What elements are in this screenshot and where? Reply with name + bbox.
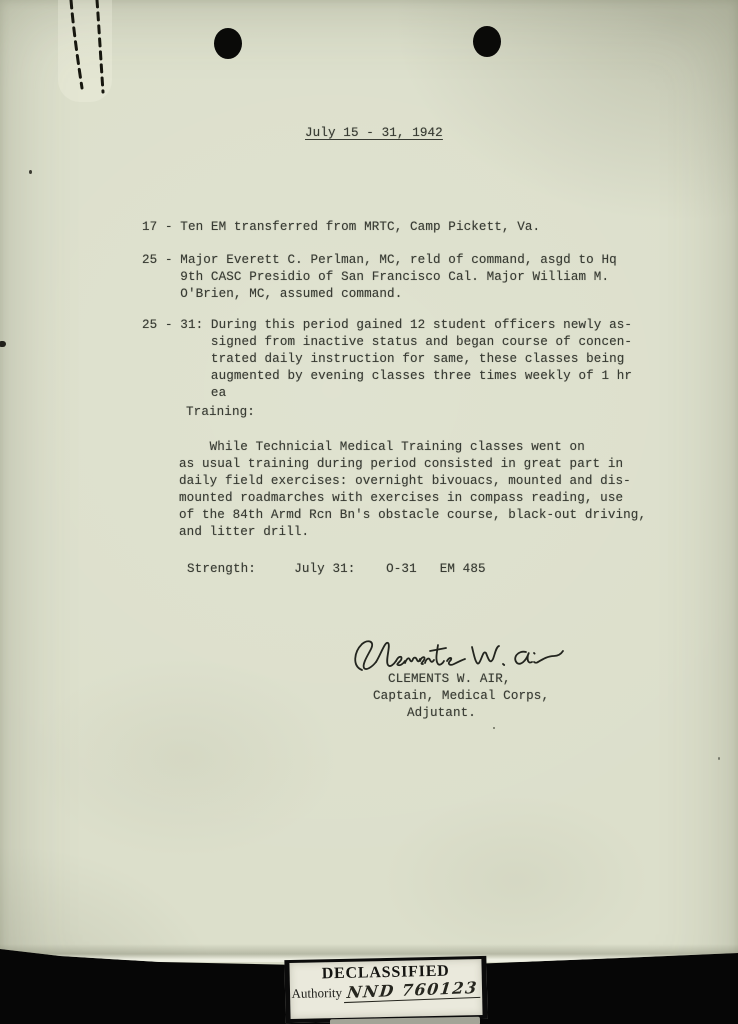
date-heading: July 15 - 31, 1942 [305,125,443,142]
signature-title-line2: Adjutant. [407,705,476,722]
signature-name-typed: CLEMENTS W. AIR, [388,671,511,688]
authority-label: Authority [291,985,342,1002]
entry-july-17: 17 - Ten EM transferred from MRTC, Camp … [142,219,540,236]
training-paragraph: While Technicial Medical Training classe… [179,439,646,541]
authority-number: NND 760123 [344,980,482,1003]
staple-marks [55,0,125,110]
hole-punch-left [214,28,242,59]
entry-july-25-31: 25 - 31: During this period gained 12 st… [142,317,632,402]
strength-line: Strength: July 31: O-31 EM 485 [187,561,486,578]
ink-speck [718,757,720,760]
authority-line: Authority NND 760123 [291,981,480,1003]
signature-title-line1: Captain, Medical Corps, [373,688,549,705]
ink-speck [493,727,495,729]
training-label: Training: [186,404,255,421]
entry-july-25: 25 - Major Everett C. Perlman, MC, reld … [142,252,617,303]
ink-speck [29,170,32,174]
declassified-stamp: DECLASSIFIED Authority NND 760123 [284,956,487,1023]
hole-punch-right [473,26,501,57]
ink-speck [0,341,6,347]
